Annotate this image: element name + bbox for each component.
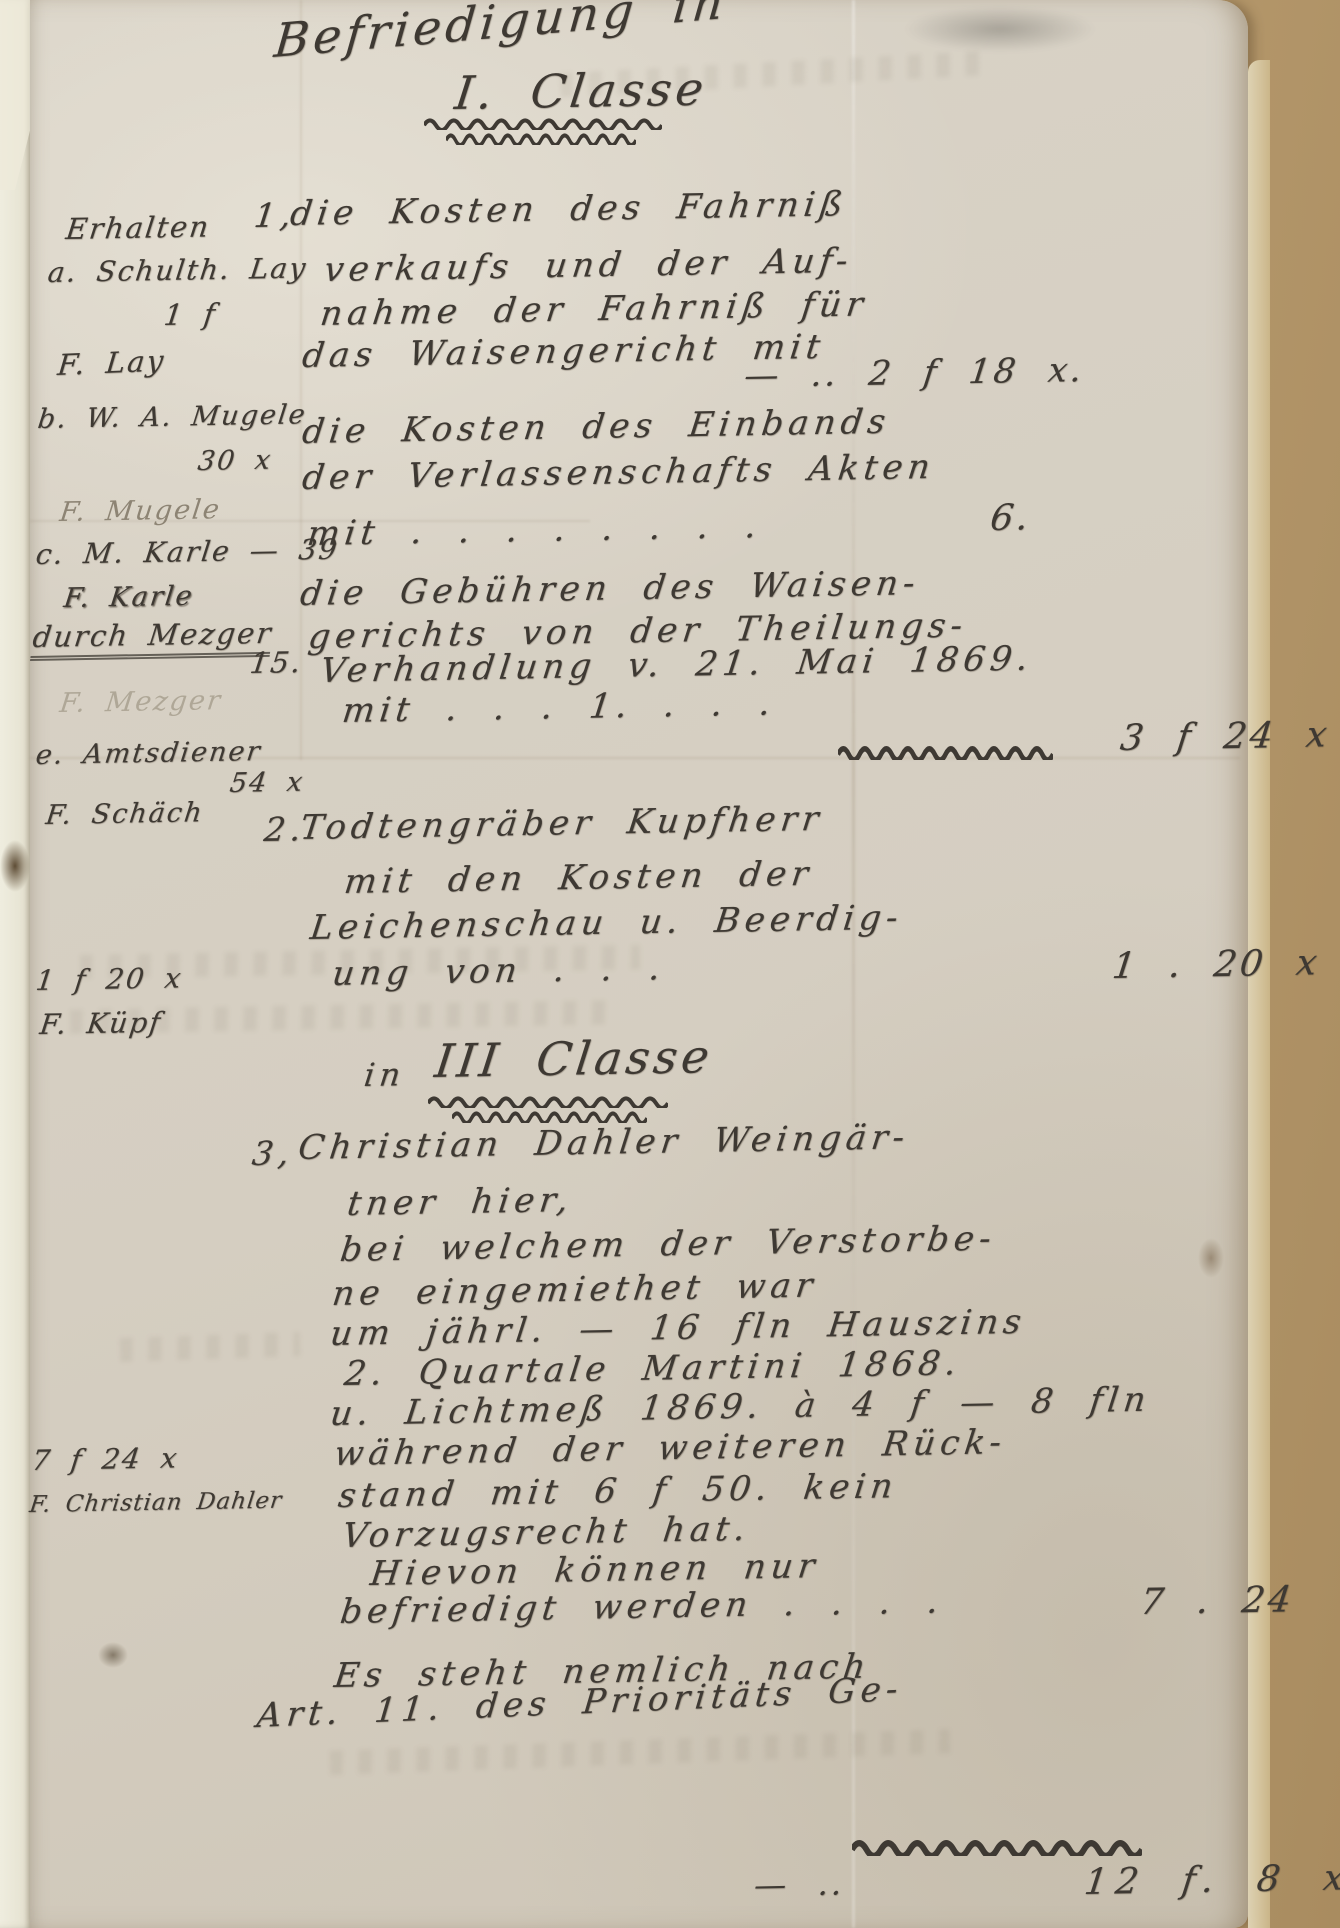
underlying-page-edge bbox=[0, 0, 34, 1928]
margin-signature-kuepf: F. Küpf bbox=[38, 1006, 164, 1041]
wavy-underline bbox=[424, 118, 662, 130]
entry1-total: 3 f 24 x bbox=[1118, 714, 1332, 759]
ink-stain bbox=[1198, 1238, 1224, 1278]
margin-note-receipt-c: c. M. Karle — 39 bbox=[34, 533, 341, 571]
ink-stain bbox=[98, 1642, 128, 1668]
margin-signature-karle: F. Karle bbox=[62, 581, 196, 614]
margin-note-receipt-b: b. W. A. Mugele bbox=[36, 399, 309, 435]
smudge-stain bbox=[905, 6, 1095, 52]
margin-note-erhalten: Erhalten bbox=[64, 209, 212, 246]
entry1-sub-amount-2: 6. bbox=[988, 497, 1033, 539]
margin-amount: 54 x bbox=[228, 767, 306, 799]
footer-dash: — .. bbox=[752, 1864, 847, 1904]
wavy-underline bbox=[446, 133, 636, 145]
wavy-underline bbox=[838, 746, 1053, 760]
entry-line: mit den Kosten der bbox=[342, 854, 815, 902]
manuscript-page: Befriedigung in I. Classe Erhalten a. Sc… bbox=[0, 0, 1340, 1928]
wavy-underline bbox=[452, 1111, 647, 1123]
margin-signature-schaech: F. Schäch bbox=[44, 797, 205, 831]
footer-total: 12 f. 8 x bbox=[1082, 1857, 1340, 1903]
margin-signature-dahler: F. Christian Dahler bbox=[28, 1488, 284, 1518]
margin-note-receipt-a: a. Schulth. Lay bbox=[46, 251, 309, 289]
entry3-amount: 7 . 24 bbox=[1138, 1579, 1296, 1623]
entry-line: mit . . . . . . . . bbox=[305, 506, 764, 554]
wavy-underline bbox=[852, 1840, 1142, 1856]
wavy-underline bbox=[428, 1096, 668, 1108]
margin-amount: 7 f 24 x bbox=[30, 1441, 181, 1477]
margin-note-mezger: durch Mezger bbox=[30, 616, 275, 661]
page-stack-edge bbox=[1248, 60, 1270, 1928]
margin-amount: 1 f 20 x bbox=[34, 961, 185, 997]
class3-prefix: in bbox=[362, 1055, 408, 1094]
ink-stain bbox=[0, 840, 30, 892]
entry3-number: 3, bbox=[250, 1133, 296, 1173]
class3-heading: III Classe bbox=[432, 1029, 716, 1088]
entry-line: mit . . . 1. . . . bbox=[340, 683, 778, 731]
margin-signature-mezger: F. Mezger bbox=[58, 685, 224, 719]
class1-heading: I. Classe bbox=[452, 62, 710, 120]
margin-amount: 30 x bbox=[196, 445, 274, 477]
margin-amount: 1 f bbox=[162, 297, 219, 332]
entry-line: tner hier, bbox=[345, 1180, 575, 1224]
margin-signature-mugele: F. Mugele bbox=[58, 494, 223, 528]
entry1-sub-amount: — .. 2 f 18 x. bbox=[742, 350, 1087, 396]
margin-amount: 15. bbox=[248, 645, 304, 680]
entry-line: ung von . . . bbox=[330, 948, 667, 994]
entry2-amount: 1 . 20 x bbox=[1110, 942, 1322, 987]
margin-signature-lay: F. Lay bbox=[56, 344, 167, 382]
margin-note-amtsdiener: e. Amtsdiener bbox=[34, 736, 263, 771]
